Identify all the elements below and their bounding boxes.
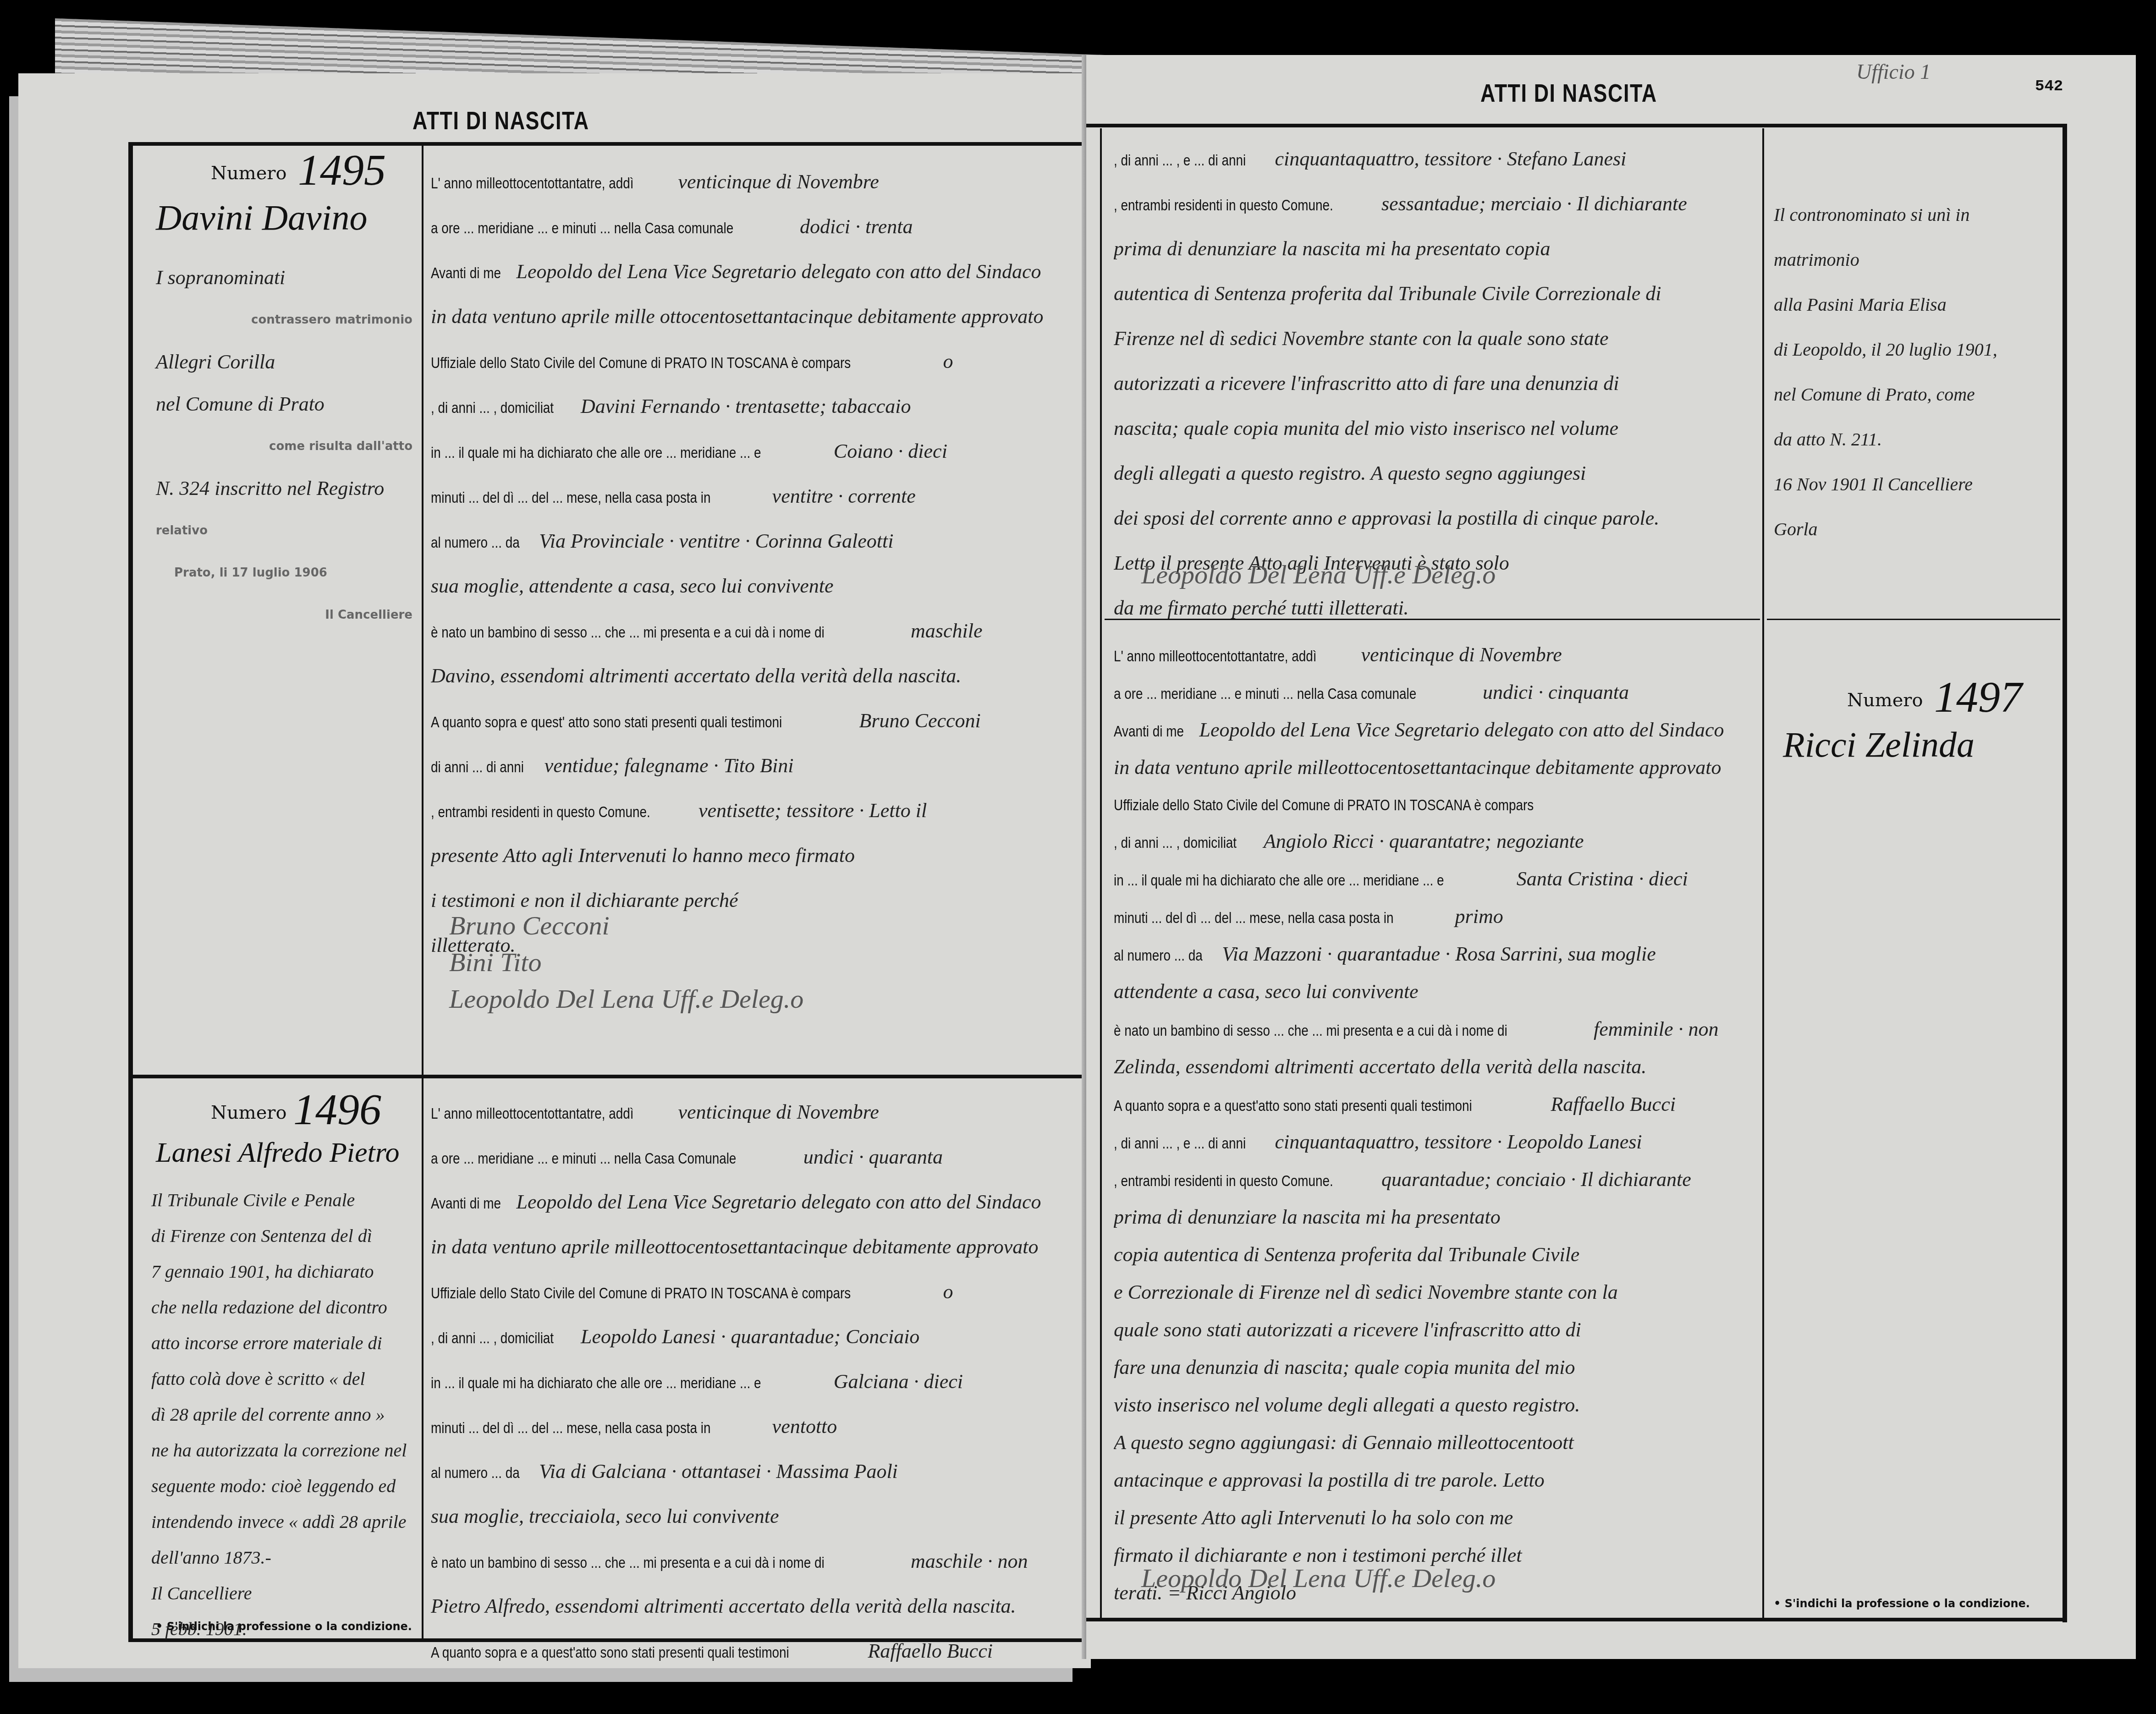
record-line: , di anni ... , domiciliat Leopoldo Lane…	[431, 1315, 1082, 1360]
printed-text: è nato un bambino di sesso ... che ... m…	[431, 1541, 825, 1584]
printed-text: minuti ... del dì ... del ... mese, nell…	[1114, 900, 1394, 936]
printed-text: , entrambi residenti in questo Comune.	[1114, 184, 1333, 227]
handwritten-text: quarantadue; conciaio · Il dichiarante	[1381, 1168, 1691, 1191]
printed-text: L' anno milleottocentottantatre, addì	[431, 1092, 633, 1135]
printed-text: Avanti di me	[431, 252, 501, 295]
annotation-line: Il Tribunale Civile e Penale	[151, 1182, 422, 1218]
record-line: nascita; quale copia munita del mio vist…	[1114, 407, 1755, 452]
handwritten-text: Via Mazzoni · quarantadue · Rosa Sarrini…	[1222, 943, 1655, 965]
printed-text: Uffiziale dello Stato Civile del Comune …	[431, 341, 851, 385]
frame-top-rule	[128, 142, 1086, 146]
annotation-line: Allegri Corilla	[156, 341, 412, 383]
handwritten-text: autorizzati a ricevere l'infrascritto at…	[1114, 372, 1619, 395]
annotation-line: 16 Nov 1901 Il Cancelliere	[1774, 462, 2058, 507]
record-line: , di anni ... , domiciliat Davini Fernan…	[431, 385, 1082, 430]
annotation-line: dì 28 aprile del corrente anno »	[151, 1397, 422, 1433]
record-line: Uffiziale dello Stato Civile del Comune …	[431, 1270, 1082, 1315]
record-line: sua moglie, trecciaiola, seco lui conviv…	[431, 1495, 1082, 1540]
printed-text: Avanti di me	[1114, 714, 1184, 749]
annotation-line: Il Cancelliere	[156, 594, 412, 636]
record-line: prima di denunziare la nascita mi ha pre…	[1114, 227, 1755, 272]
record-line: quale sono stati autorizzati a ricevere …	[1114, 1312, 1755, 1350]
handwritten-text: presente Atto agli Intervenuti lo hanno …	[431, 844, 855, 867]
record-line: copia autentica di Sentenza proferita da…	[1114, 1237, 1755, 1275]
footnote: • S'indichi la professione o la condizio…	[156, 1620, 412, 1633]
act-separator	[128, 1075, 1086, 1078]
printed-text: al numero ... da	[1114, 938, 1203, 973]
annotation-line: nel Comune di Prato, come	[1774, 372, 2058, 417]
printed-text: in ... il quale mi ha dichiarato che all…	[431, 431, 761, 474]
record-line: a ore ... meridiane ... e minuti ... nel…	[431, 205, 1082, 250]
annotation-line: nel Comune di Prato	[156, 383, 412, 425]
record-line: in data ventuno aprile milleottocentoset…	[431, 1225, 1082, 1270]
annotation-line: di Firenze con Sentenza del dì	[151, 1218, 422, 1254]
annotation-line: intendendo invece « addì 28 aprile	[151, 1504, 422, 1540]
handwritten-text: Davino, essendomi altrimenti accertato d…	[431, 665, 961, 687]
record-line: il presente Atto agli Intervenuti lo ha …	[1114, 1500, 1755, 1538]
record-line: al numero ... da Via di Galciana · ottan…	[431, 1450, 1082, 1495]
handwritten-text: copia autentica di Sentenza proferita da…	[1114, 1243, 1579, 1266]
handwritten-text: ventidue; falegname · Tito Bini	[544, 754, 794, 777]
column-divider	[1100, 128, 1102, 1618]
printed-text: è nato un bambino di sesso ... che ... m…	[1114, 1013, 1507, 1049]
act-1496-body: L' anno milleottocentottantatre, addì ve…	[431, 1091, 1082, 1675]
record-line: Avanti di me Leopoldo del Lena Vice Segr…	[1114, 712, 1755, 750]
record-line: da me firmato perché tutti illetterati.	[1114, 587, 1755, 632]
annotation-line: ne ha autorizzata la correzione nel	[151, 1433, 422, 1468]
handwritten-text: Raffaello Bucci	[868, 1640, 992, 1662]
printed-text: L' anno milleottocentottantatre, addì	[431, 162, 633, 205]
record-line: minuti ... del dì ... del ... mese, nell…	[431, 475, 1082, 520]
record-line: di anni ... di anni ventidue; falegname …	[431, 744, 1082, 789]
signature: Bini Tito	[449, 944, 803, 981]
record-line: dei sposi del corrente anno e approvasi …	[1114, 497, 1755, 542]
handwritten-text: A questo segno aggiungasi: di Gennaio mi…	[1114, 1431, 1574, 1454]
annotation-line: I sopranominati	[156, 257, 412, 299]
record-line: , di anni ... , e ... di anni cinquantaq…	[1114, 137, 1755, 182]
printed-text: A quanto sopra e quest' atto sono stati …	[431, 701, 782, 744]
handwritten-text: sua moglie, trecciaiola, seco lui conviv…	[431, 1505, 779, 1527]
record-line: L' anno milleottocentottantatre, addì ve…	[1114, 637, 1755, 675]
handwritten-text: Bruno Cecconi	[859, 709, 981, 732]
printed-text: Avanti di me	[431, 1182, 501, 1225]
correction-annotation: Il Tribunale Civile e Penaledi Firenze c…	[151, 1182, 422, 1647]
printed-text: , entrambi residenti in questo Comune.	[1114, 1163, 1333, 1199]
record-line: e Correzionale di Firenze nel dì sedici …	[1114, 1275, 1755, 1312]
handwritten-text: maschile	[911, 620, 982, 642]
record-line: Uffiziale dello Stato Civile del Comune …	[1114, 787, 1755, 824]
handwritten-text: prima di denunziare la nascita mi ha pre…	[1114, 237, 1550, 260]
handwritten-text: cinquantaquattro, tessitore · Stefano La…	[1275, 148, 1627, 170]
marriage-annotation: I sopranominati contrassero matrimonio A…	[156, 257, 412, 636]
handwritten-text: ventitre · corrente	[772, 485, 916, 507]
handwritten-text: primo	[1455, 905, 1503, 928]
handwritten-text: venticinque di Novembre	[678, 170, 879, 193]
printed-text: di anni ... di anni	[431, 746, 524, 789]
act-number: 1495	[298, 144, 386, 195]
annotation-line: alla Pasini Maria Elisa	[1774, 282, 2058, 327]
record-line: sua moglie, attendente a casa, seco lui …	[431, 565, 1082, 610]
annotation-line: dell'anno 1873.-	[151, 1540, 422, 1576]
record-line: è nato un bambino di sesso ... che ... m…	[431, 1540, 1082, 1585]
signature: Bruno Cecconi	[449, 907, 803, 944]
printed-text: L' anno milleottocentottantatre, addì	[1114, 638, 1316, 674]
record-line: , di anni ... , domiciliat Angiolo Ricci…	[1114, 824, 1755, 861]
act-1496-continuation: , di anni ... , e ... di anni cinquantaq…	[1114, 137, 1755, 632]
act-1495-body: L' anno milleottocentottantatre, addì ve…	[431, 160, 1082, 969]
footnote: • S'indichi la professione o la condizio…	[1774, 1597, 2030, 1610]
record-line: L' anno milleottocentottantatre, addì ve…	[431, 160, 1082, 205]
marriage-annotation: Il contronominato si unì inmatrimonioall…	[1774, 192, 2058, 552]
page-header: ATTI DI NASCITA	[1480, 78, 1657, 108]
annotation-line: matrimonio	[1774, 237, 2058, 282]
printed-text: , di anni ... , domiciliat	[1114, 825, 1237, 861]
handwritten-text: degli allegati a questo registro. A ques…	[1114, 462, 1586, 484]
record-line: Avanti di me Leopoldo del Lena Vice Segr…	[431, 250, 1082, 295]
handwritten-text: Leopoldo del Lena Vice Segretario delega…	[516, 1191, 1041, 1213]
handwritten-text: Leopoldo del Lena Vice Segretario delega…	[1199, 719, 1724, 741]
printed-text: , di anni ... , e ... di anni	[1114, 139, 1246, 182]
frame-left-rule	[128, 142, 133, 1641]
handwritten-text: Galciana · dieci	[834, 1370, 963, 1393]
printed-text: in ... il quale mi ha dichiarato che all…	[1114, 862, 1444, 898]
record-line: , entrambi residenti in questo Comune. s…	[1114, 182, 1755, 227]
annotation-line: atto incorse errore materiale di	[151, 1325, 422, 1361]
record-line: in data ventuno aprile mille ottocentose…	[431, 295, 1082, 340]
annotation-line: come risulta dall'atto	[156, 425, 412, 467]
signature: Leopoldo Del Lena Uff.e Deleg.o	[449, 981, 803, 1017]
handwritten-text: autentica di Sentenza proferita dal Trib…	[1114, 282, 1661, 305]
printed-text: A quanto sopra e a quest'atto sono stati…	[1114, 1088, 1472, 1124]
annotation-line: che nella redazione del dicontro	[151, 1290, 422, 1325]
printed-text: , di anni ... , domiciliat	[431, 386, 554, 429]
record-line: Avanti di me Leopoldo del Lena Vice Segr…	[431, 1181, 1082, 1225]
act-number: 1497	[1934, 671, 2022, 722]
handwritten-text: o	[943, 350, 953, 373]
record-line: minuti ... del dì ... del ... mese, nell…	[1114, 899, 1755, 936]
printed-text: è nato un bambino di sesso ... che ... m…	[431, 611, 825, 654]
record-line: Uffiziale dello Stato Civile del Comune …	[431, 340, 1082, 385]
record-line: in ... il quale mi ha dichiarato che all…	[431, 430, 1082, 475]
handwritten-text: prima di denunziare la nascita mi ha pre…	[1114, 1206, 1501, 1228]
handwritten-text: Firenze nel dì sedici Novembre stante co…	[1114, 327, 1608, 350]
left-page: ATTI DI NASCITA Numero 1495 Davini Davin…	[18, 73, 1091, 1668]
signature: Leopoldo Del Lena Uff.e Deleg.o	[1141, 1563, 1496, 1593]
right-page: ATTI DI NASCITA Ufficio 1 542 , di anni …	[1086, 55, 2136, 1659]
column-divider	[422, 142, 423, 1641]
printed-text: a ore ... meridiane ... e minuti ... nel…	[431, 1137, 736, 1180]
printed-text: minuti ... del dì ... del ... mese, nell…	[431, 1406, 711, 1450]
printed-text: al numero ... da	[431, 1451, 520, 1494]
act-number: 1496	[293, 1084, 381, 1135]
annotation-line: da atto N. 211.	[1774, 417, 2058, 462]
printed-text: A quanto sopra e a quest'atto sono stati…	[431, 1631, 789, 1674]
handwritten-text: femminile · non	[1594, 1018, 1719, 1040]
record-line: , entrambi residenti in questo Comune. v…	[431, 789, 1082, 834]
column-divider	[1762, 128, 1764, 1618]
printed-text: Uffiziale dello Stato Civile del Comune …	[1114, 787, 1534, 823]
handwritten-text: nascita; quale copia munita del mio vist…	[1114, 417, 1618, 439]
annotation-line: Il contronominato si unì in	[1774, 192, 2058, 237]
record-line: a ore ... meridiane ... e minuti ... nel…	[431, 1136, 1082, 1181]
handwritten-text: in data ventuno aprile milleottocentoset…	[431, 1236, 1038, 1258]
handwritten-text: visto inserisco nel volume degli allegat…	[1114, 1394, 1580, 1416]
record-line: A questo segno aggiungasi: di Gennaio mi…	[1114, 1425, 1755, 1462]
printed-text: in ... il quale mi ha dichiarato che all…	[431, 1362, 761, 1405]
record-line: antacinque e approvasi la postilla di tr…	[1114, 1462, 1755, 1500]
handwritten-text: Via Provinciale · ventitre · Corinna Gal…	[539, 530, 893, 552]
record-line: prima di denunziare la nascita mi ha pre…	[1114, 1199, 1755, 1237]
printed-text: minuti ... del dì ... del ... mese, nell…	[431, 476, 711, 519]
handwritten-text: fare una denunzia di nascita; quale copi…	[1114, 1356, 1575, 1379]
printed-text: Uffiziale dello Stato Civile del Comune …	[431, 1272, 851, 1315]
record-line: autentica di Sentenza proferita dal Trib…	[1114, 272, 1755, 317]
handwritten-text: Via di Galciana · ottantasei · Massima P…	[539, 1460, 898, 1483]
record-line: è nato un bambino di sesso ... che ... m…	[1114, 1011, 1755, 1049]
handwritten-text: undici · cinquanta	[1483, 681, 1629, 703]
record-line: L' anno milleottocentottantatre, addì ve…	[431, 1091, 1082, 1136]
act-1497-body: L' anno milleottocentottantatre, addì ve…	[1114, 637, 1755, 1613]
handwritten-text: Santa Cristina · dieci	[1517, 868, 1688, 890]
record-line: visto inserisco nel volume degli allegat…	[1114, 1387, 1755, 1425]
printed-text: , di anni ... , domiciliat	[431, 1317, 554, 1360]
signature: Leopoldo Del Lena Uff.e Deleg.o	[1141, 559, 1496, 590]
handwritten-text: Zelinda, essendomi altrimenti accertato …	[1114, 1055, 1646, 1078]
page-number: 542	[2035, 78, 2063, 95]
annotation-line: Il Cancelliere	[151, 1576, 422, 1611]
record-line: Pietro Alfredo, essendomi altrimenti acc…	[431, 1585, 1082, 1630]
record-line: è nato un bambino di sesso ... che ... m…	[431, 610, 1082, 654]
record-line: Firenze nel dì sedici Novembre stante co…	[1114, 317, 1755, 362]
annotation-line: N. 324 inscritto nel Registro	[156, 467, 412, 510]
handwritten-text: il presente Atto agli Intervenuti lo ha …	[1114, 1506, 1513, 1529]
handwritten-text: venticinque di Novembre	[1361, 643, 1562, 666]
handwritten-text: o	[943, 1280, 953, 1303]
record-line: a ore ... meridiane ... e minuti ... nel…	[1114, 675, 1755, 712]
frame-top-rule	[1086, 124, 2067, 127]
record-line: A quanto sopra e a quest'atto sono stati…	[431, 1630, 1082, 1675]
record-line: Davino, essendomi altrimenti accertato d…	[431, 654, 1082, 699]
record-line: attendente a casa, seco lui convivente	[1114, 974, 1755, 1011]
record-line: presente Atto agli Intervenuti lo hanno …	[431, 834, 1082, 879]
handwritten-text: Angiolo Ricci · quarantatre; negoziante	[1264, 830, 1584, 852]
handwritten-text: in data ventuno aprile mille ottocentose…	[431, 305, 1043, 328]
signatures: Bruno Cecconi Bini Tito Leopoldo Del Len…	[449, 907, 803, 1017]
printed-text: a ore ... meridiane ... e minuti ... nel…	[431, 207, 733, 250]
annotation-line: 7 gennaio 1901, ha dichiarato	[151, 1254, 422, 1290]
handwritten-text: undici · quaranta	[803, 1146, 943, 1168]
handwritten-text: attendente a casa, seco lui convivente	[1114, 980, 1419, 1003]
act-separator	[1767, 619, 2060, 620]
numero-label: Numero	[211, 1102, 287, 1123]
handwritten-text: Raffaello Bucci	[1551, 1093, 1675, 1115]
record-line: A quanto sopra e a quest'atto sono stati…	[1114, 1087, 1755, 1124]
numero-label: Numero	[211, 163, 287, 184]
child-name: Lanesi Alfredo Pietro	[156, 1137, 400, 1169]
handwritten-text: e Correzionale di Firenze nel dì sedici …	[1114, 1281, 1618, 1303]
record-line: al numero ... da Via Mazzoni · quarantad…	[1114, 936, 1755, 974]
printed-text: a ore ... meridiane ... e minuti ... nel…	[1114, 676, 1416, 712]
record-line: in ... il quale mi ha dichiarato che all…	[431, 1360, 1082, 1405]
handwritten-text: antacinque e approvasi la postilla di tr…	[1114, 1469, 1545, 1491]
annotation-line: Prato, li 17 luglio 1906	[156, 552, 412, 594]
pencil-note: Ufficio 1	[1856, 60, 1930, 84]
handwritten-text: da me firmato perché tutti illetterati.	[1114, 597, 1409, 619]
handwritten-text: venticinque di Novembre	[678, 1101, 879, 1123]
handwritten-text: quale sono stati autorizzati a ricevere …	[1114, 1318, 1581, 1341]
handwritten-text: in data ventuno aprile milleottocentoset…	[1114, 756, 1721, 779]
handwritten-text: sessantadue; merciaio · Il dichiarante	[1381, 192, 1687, 215]
record-line: autorizzati a ricevere l'infrascritto at…	[1114, 362, 1755, 407]
handwritten-text: Leopoldo Lanesi · quarantadue; Conciaio	[581, 1325, 919, 1348]
record-line: minuti ... del dì ... del ... mese, nell…	[431, 1405, 1082, 1450]
handwritten-text: sua moglie, attendente a casa, seco lui …	[431, 575, 834, 597]
handwritten-text: maschile · non	[911, 1550, 1028, 1572]
handwritten-text: cinquantaquattro, tessitore · Leopoldo L…	[1275, 1131, 1642, 1153]
child-name: Davini Davino	[156, 197, 367, 238]
page-header: ATTI DI NASCITA	[412, 105, 589, 135]
record-line: A quanto sopra e quest' atto sono stati …	[431, 699, 1082, 744]
record-line: , di anni ... , e ... di anni cinquantaq…	[1114, 1124, 1755, 1162]
frame-right-rule	[2062, 124, 2067, 1622]
record-line: in data ventuno aprile milleottocentoset…	[1114, 750, 1755, 787]
handwritten-text: Coiano · dieci	[834, 440, 947, 462]
printed-text: , entrambi residenti in questo Comune.	[431, 791, 650, 834]
handwritten-text: dei sposi del corrente anno e approvasi …	[1114, 507, 1659, 529]
record-line: Zelinda, essendomi altrimenti accertato …	[1114, 1049, 1755, 1087]
annotation-line: contrassero matrimonio	[156, 299, 412, 341]
annotation-line: relativo	[156, 510, 412, 552]
child-name: Ricci Zelinda	[1783, 724, 1974, 765]
numero-label: Numero	[1847, 690, 1923, 711]
handwritten-text: Leopoldo del Lena Vice Segretario delega…	[516, 260, 1041, 283]
annotation-line: fatto colà dove è scritto « del	[151, 1361, 422, 1397]
frame-bottom-rule	[1086, 1618, 2067, 1621]
record-line: al numero ... da Via Provinciale · venti…	[431, 520, 1082, 565]
handwritten-text: ventisette; tessitore · Letto il	[698, 799, 927, 822]
record-line: degli allegati a questo registro. A ques…	[1114, 452, 1755, 497]
annotation-line: Gorla	[1774, 507, 2058, 552]
handwritten-text: Davini Fernando · trentasette; tabaccaio	[581, 395, 911, 418]
handwritten-text: Pietro Alfredo, essendomi altrimenti acc…	[431, 1595, 1016, 1617]
handwritten-text: dodici · trenta	[800, 215, 913, 238]
annotation-line: seguente modo: cioè leggendo ed	[151, 1468, 422, 1504]
annotation-line: di Leopoldo, il 20 luglio 1901,	[1774, 327, 2058, 372]
record-line: fare una denunzia di nascita; quale copi…	[1114, 1350, 1755, 1387]
record-line: , entrambi residenti in questo Comune. q…	[1114, 1162, 1755, 1199]
handwritten-text: ventotto	[772, 1415, 837, 1438]
printed-text: , di anni ... , e ... di anni	[1114, 1126, 1246, 1161]
printed-text: al numero ... da	[431, 521, 520, 564]
record-line: in ... il quale mi ha dichiarato che all…	[1114, 861, 1755, 899]
